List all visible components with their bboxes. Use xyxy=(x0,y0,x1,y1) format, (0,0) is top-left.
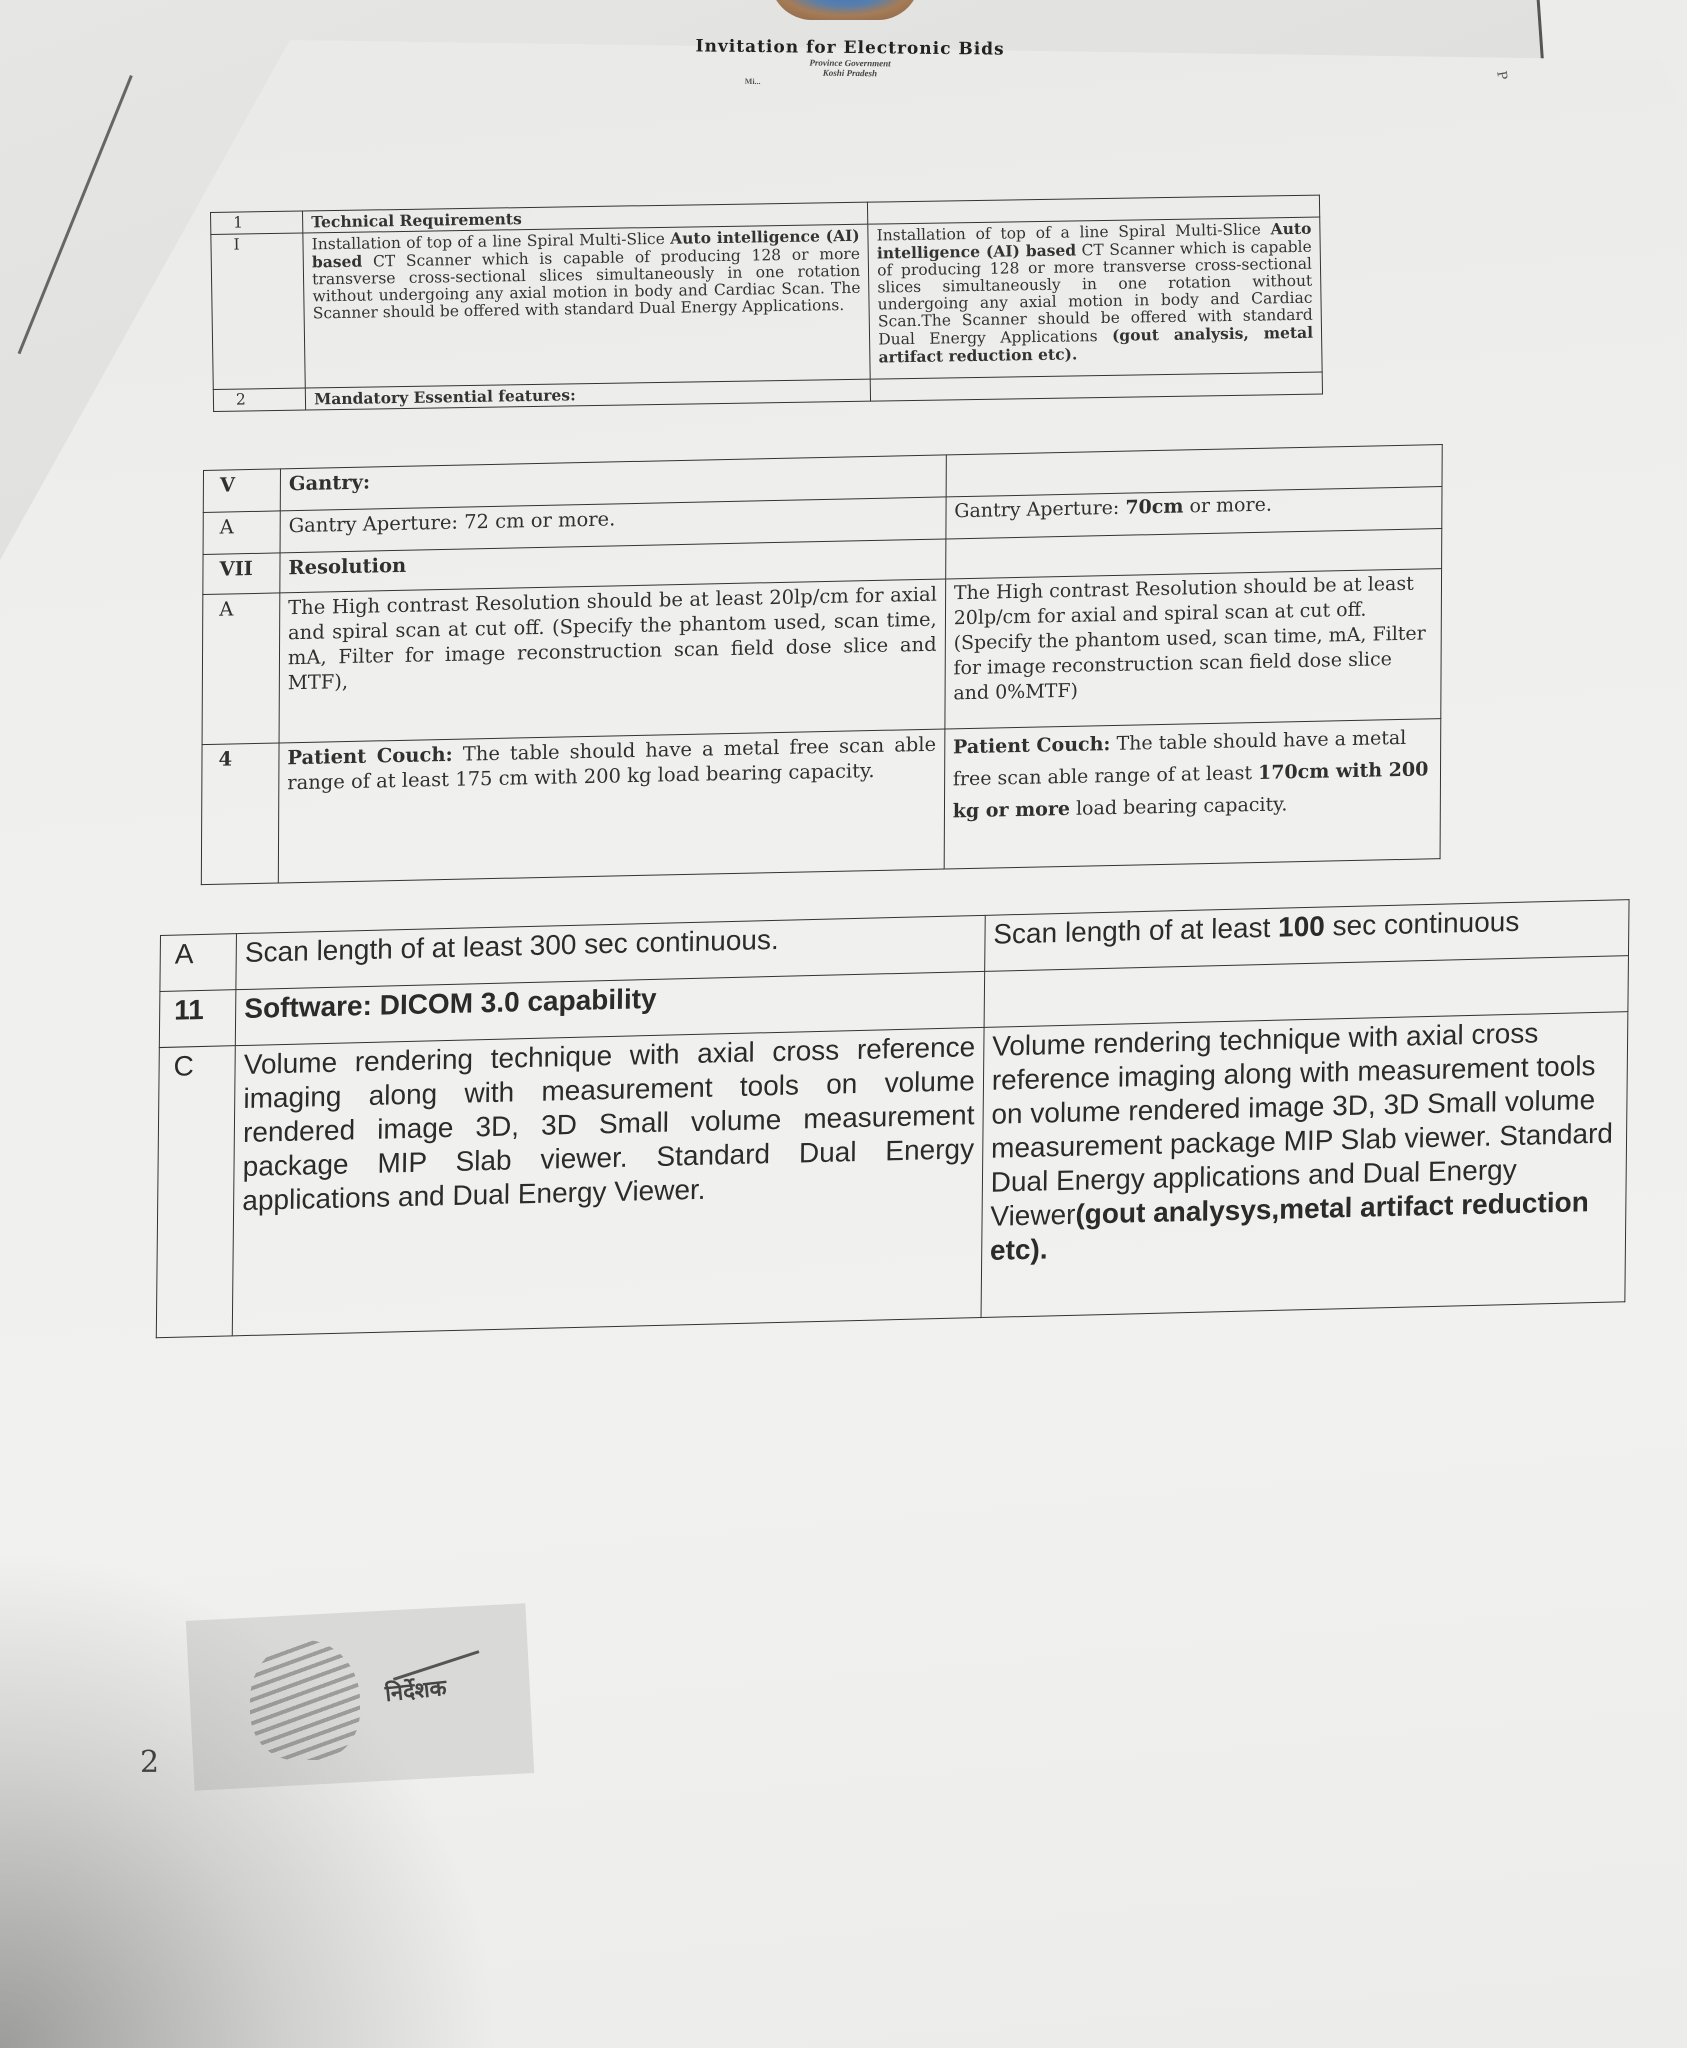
requirement-cell: Volume rendering technique with axial cr… xyxy=(232,1027,983,1335)
paper-edge xyxy=(18,75,133,354)
requirement-cell: Patient Couch: The table should have a m… xyxy=(278,729,944,883)
mandatory-features-table: V Gantry: A Gantry Aperture: 72 cm or mo… xyxy=(201,444,1443,885)
row-number: V xyxy=(203,469,280,513)
table-row: C Volume rendering technique with axial … xyxy=(156,1012,1628,1338)
requirement-cell: The High contrast Resolution should be a… xyxy=(279,579,945,743)
text-part-bold: 70cm xyxy=(1125,495,1183,518)
table-row: A The High contrast Resolution should be… xyxy=(202,569,1442,745)
row-number: 4 xyxy=(201,743,279,885)
requirement-cell: Installation of top of a line Spiral Mul… xyxy=(303,224,870,388)
text-part: sec continuous xyxy=(1325,906,1520,942)
row-number: A xyxy=(203,511,280,555)
software-requirements-table: A Scan length of at least 300 sec contin… xyxy=(156,899,1630,1338)
photo-shadow xyxy=(0,1548,500,2048)
row-number: I xyxy=(211,233,306,389)
table-row: 4 Patient Couch: The table should have a… xyxy=(201,719,1440,885)
offer-cell: The High contrast Resolution should be a… xyxy=(945,569,1442,729)
offer-cell: Patient Couch: The table should have a m… xyxy=(944,719,1441,869)
row-number: 11 xyxy=(159,990,236,1048)
row-number: VII xyxy=(203,553,280,595)
offer-cell: Installation of top of a line Spiral Mul… xyxy=(868,217,1322,379)
row-number: 2 xyxy=(213,388,305,411)
government-emblem-icon xyxy=(770,0,920,20)
row-number: C xyxy=(156,1046,235,1338)
text-part-bold: Patient Couch: xyxy=(953,733,1110,758)
text-part-bold: 100 xyxy=(1278,911,1325,943)
row-number: A xyxy=(160,934,237,992)
text-part: Scan length of at least xyxy=(993,912,1278,950)
text-part: Gantry Aperture: xyxy=(954,497,1125,523)
text-part: CT Scanner which is capable of producing… xyxy=(312,245,860,323)
offer-cell: Volume rendering technique with axial cr… xyxy=(981,1012,1628,1318)
table-row: I Installation of top of a line Spiral M… xyxy=(211,217,1322,389)
technical-requirements-table: 1 Technical Requirements I Installation … xyxy=(210,195,1323,412)
document-header: Invitation for Electronic Bids Province … xyxy=(600,35,1100,89)
text-part-bold: (gout analysys,metal artifact reduction … xyxy=(990,1186,1589,1266)
text-part: load bearing capacity. xyxy=(1070,793,1288,820)
row-number: 1 xyxy=(211,211,303,234)
text-part-bold: Patient Couch: xyxy=(287,743,452,769)
text-part: or more. xyxy=(1183,494,1272,518)
row-number: A xyxy=(202,593,280,745)
